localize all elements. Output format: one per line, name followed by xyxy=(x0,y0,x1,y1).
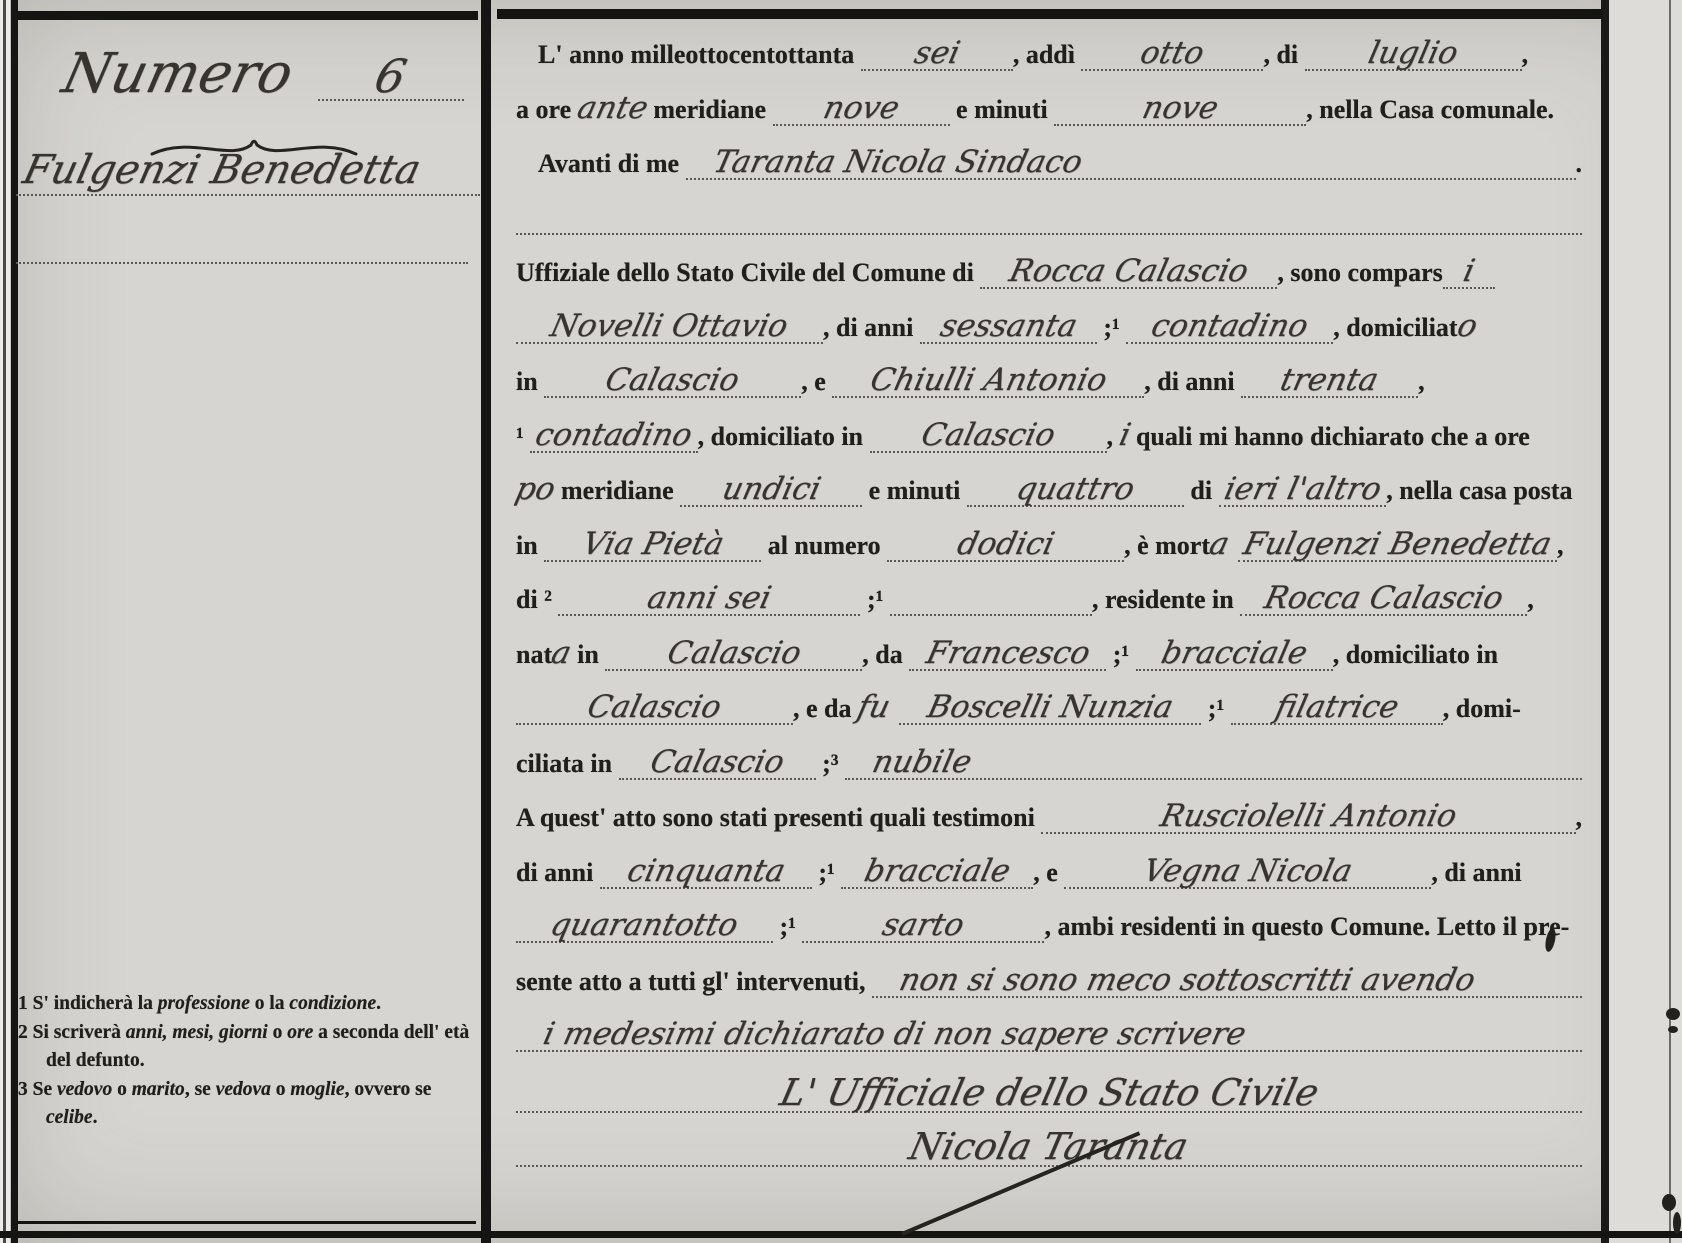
printed-text: , di anni xyxy=(1431,858,1521,888)
handwritten-fill: nove xyxy=(1054,93,1306,126)
printed-text: , addì xyxy=(1013,40,1082,70)
handwritten-fill: Calascio xyxy=(619,747,816,780)
printed-text: , di anni xyxy=(1144,367,1241,397)
handwritten-text: bracciale xyxy=(861,856,1013,887)
printed-text: ;¹ xyxy=(773,912,802,942)
handwritten-text: ante xyxy=(574,93,650,124)
handwritten-text: i xyxy=(1460,256,1477,287)
printed-text: ;¹ xyxy=(1201,694,1230,724)
handwritten-text: Francesco xyxy=(923,638,1093,669)
handwritten-fill: Boscelli Nunzia xyxy=(899,692,1201,725)
handwritten-fill xyxy=(516,202,1582,235)
printed-text: , e da xyxy=(793,694,858,724)
record-line: Novelli Ottavio, di anni sessanta ;¹ con… xyxy=(516,311,1582,366)
record-line: 3 Se vedovo o marito, se vedova o moglie… xyxy=(18,1076,474,1133)
printed-text: , domiciliato in xyxy=(1333,640,1498,670)
numero-value: 6 xyxy=(371,53,411,99)
printed-text: A quest' atto sono stati presenti quali … xyxy=(516,803,1041,833)
ink-mark xyxy=(1662,1194,1676,1211)
printed-text: , se xyxy=(185,1079,216,1100)
handwritten-fill: bracciale xyxy=(1136,638,1333,671)
footnotes: 1 S' indicherà la professione o la condi… xyxy=(18,990,474,1133)
printed-text: , xyxy=(1522,40,1529,70)
handwritten-text: luglio xyxy=(1365,38,1460,69)
handwritten-fill: trenta xyxy=(1241,365,1418,398)
handwritten-text xyxy=(1040,202,1057,233)
handwritten-text: Via Pietà xyxy=(579,529,726,560)
handwritten-fill: Nicola Taranta xyxy=(516,1128,1582,1167)
printed-text: , nella Casa comunale. xyxy=(1306,95,1554,125)
record-lines: L' anno milleottocentottanta sei, addì o… xyxy=(516,38,1582,1183)
right-border-rule xyxy=(1601,0,1609,1243)
printed-text: di xyxy=(1184,476,1219,506)
handwritten-fill: Rusciolelli Antonio xyxy=(1041,801,1575,834)
handwritten-fill: Rocca Calascio xyxy=(1240,583,1527,616)
handwritten-fill: otto xyxy=(1081,38,1263,71)
handwritten-fill: non si sono meco sottoscritti avendo xyxy=(872,965,1582,998)
handwritten-text: po xyxy=(512,474,558,505)
printed-text: a ore xyxy=(516,95,578,125)
handwritten-text: quarantotto xyxy=(548,910,741,941)
printed-text: e minuti xyxy=(950,95,1055,125)
handwritten-fill: cinquanta xyxy=(600,856,812,889)
printed-text: o xyxy=(268,1022,288,1043)
record-line xyxy=(516,202,1582,257)
printed-text: in xyxy=(571,640,606,670)
printed-text: 2 Si scriverà xyxy=(18,1022,126,1043)
printed-text: ¹ xyxy=(516,422,530,452)
printed-text-italic: moglie xyxy=(290,1079,344,1100)
handwritten-fill: Calascio xyxy=(516,692,793,725)
handwritten-text: nove xyxy=(1139,93,1221,124)
handwritten-fill: contadino xyxy=(530,420,697,453)
handwritten-fill: Francesco xyxy=(909,638,1106,671)
handwritten-text: bracciale xyxy=(1158,638,1310,669)
printed-text: . xyxy=(376,993,381,1014)
handwritten-text: Calascio xyxy=(918,420,1058,451)
handwritten-text: Rocca Calascio xyxy=(1007,256,1252,287)
handwritten-text: a xyxy=(1206,529,1242,560)
record-line: a ore ante meridiane nove e minuti nove,… xyxy=(516,93,1582,148)
handwritten-text: Calascio xyxy=(664,638,804,669)
handwritten-text: nove xyxy=(820,93,902,124)
printed-text-italic: marito xyxy=(132,1079,185,1100)
record-line: sente atto a tutti gl' intervenuti, non … xyxy=(516,965,1582,1020)
handwritten-fill: Taranta Nicola Sindaco xyxy=(686,147,1576,180)
handwritten-text: fu xyxy=(854,692,902,723)
printed-text: meridiane xyxy=(647,95,773,125)
handwritten-text: L' Ufficiale dello Stato Civile xyxy=(776,1074,1321,1111)
record-line: di ² anni sei ;¹ , residente in Rocca Ca… xyxy=(516,583,1582,638)
handwritten-fill: Calascio xyxy=(544,365,801,398)
handwritten-fill: quattro xyxy=(967,474,1184,507)
printed-text-italic: anni, mesi, giorni xyxy=(126,1022,268,1043)
margin-column: Numero 6 Fulgenzi Benedetta 1 S' indiche… xyxy=(16,0,472,1243)
record-line: 1 S' indicherà la professione o la condi… xyxy=(18,990,474,1019)
handwritten-text: Rusciolelli Antonio xyxy=(1157,801,1459,832)
deceased-name: Fulgenzi Benedetta xyxy=(19,150,424,190)
handwritten-fill: bracciale xyxy=(841,856,1033,889)
printed-text: ciliata in xyxy=(516,749,619,779)
handwritten-fill: Vegna Nicola xyxy=(1064,856,1431,889)
handwritten-text: i medesimi dichiarato di non sapere scri… xyxy=(540,1019,1248,1050)
printed-text: 3 Se xyxy=(18,1079,57,1100)
record-line: quarantotto ;¹ sarto, ambi residenti in … xyxy=(516,910,1582,965)
handwritten-text: Rocca Calascio xyxy=(1261,583,1506,614)
handwritten-text: sarto xyxy=(880,910,968,941)
printed-text-italic: vedovo xyxy=(57,1079,112,1100)
printed-text-italic: condizione xyxy=(289,993,376,1014)
printed-text: ;¹ xyxy=(1106,640,1135,670)
record-line: Uffiziale dello Stato Civile del Comune … xyxy=(516,256,1582,311)
left-outer-rule xyxy=(3,0,6,1243)
handwritten-text: quattro xyxy=(1013,474,1137,505)
ink-mark xyxy=(1668,1026,1678,1033)
printed-text: o xyxy=(112,1079,132,1100)
printed-text: in xyxy=(516,367,544,397)
printed-text: , xyxy=(1576,803,1583,833)
handwritten-fill: filatrice xyxy=(1231,692,1443,725)
printed-text: sente atto a tutti gl' intervenuti, xyxy=(516,967,872,997)
handwritten-fill: Novelli Ottavio xyxy=(516,311,823,344)
printed-text: , domi- xyxy=(1443,694,1521,724)
record-line: L' Ufficiale dello Stato Civile xyxy=(516,1074,1582,1129)
printed-text: 1 S' indicherà la xyxy=(18,993,158,1014)
printed-text-italic: celibe xyxy=(46,1107,93,1128)
printed-text: , residente in xyxy=(1092,585,1240,615)
handwritten-text: non si sono meco sottoscritti avendo xyxy=(896,965,1478,996)
handwritten-fill: Via Pietà xyxy=(544,529,761,562)
printed-text: o la xyxy=(250,993,290,1014)
handwritten-fill: contadino xyxy=(1126,311,1333,344)
handwritten-text: anni sei xyxy=(645,583,775,614)
printed-text: di ² xyxy=(516,585,558,615)
printed-text-italic: ore xyxy=(287,1022,313,1043)
printed-text: ;¹ xyxy=(812,858,841,888)
handwritten-text: contadino xyxy=(533,420,695,451)
printed-text-italic: vedova xyxy=(216,1079,271,1100)
printed-text: L' anno milleottocentottanta xyxy=(538,40,861,70)
handwritten-fill: Calascio xyxy=(605,638,862,671)
deceased-name-line: Fulgenzi Benedetta xyxy=(16,150,480,196)
printed-text: Avanti di me xyxy=(538,149,686,179)
handwritten-text: Vegna Nicola xyxy=(1140,856,1355,887)
handwritten-text: Calascio xyxy=(647,747,787,778)
handwritten-text: Calascio xyxy=(585,692,725,723)
record-line: di anni cinquanta ;¹ bracciale, e Vegna … xyxy=(516,856,1582,911)
top-bar-right xyxy=(497,9,1603,19)
column-divider-rule xyxy=(481,0,491,1243)
handwritten-fill: undici xyxy=(680,474,862,507)
ink-mark xyxy=(1666,1008,1680,1020)
record-line: i medesimi dichiarato di non sapere scri… xyxy=(516,1019,1582,1074)
printed-text: quali mi hanno dichiarato che a ore xyxy=(1129,422,1529,452)
numero-line: Numero 6 xyxy=(64,46,464,101)
right-outer-rule xyxy=(1669,0,1671,1243)
handwritten-text: Taranta Nicola Sindaco xyxy=(710,147,1085,178)
printed-text: , sono compars xyxy=(1277,258,1442,288)
handwritten-fill xyxy=(890,583,1092,616)
handwritten-text: contadino xyxy=(1149,311,1311,342)
printed-text: e minuti xyxy=(862,476,967,506)
handwritten-text: sessanta xyxy=(937,311,1080,342)
printed-text: in xyxy=(516,531,544,561)
handwritten-text xyxy=(982,583,999,614)
printed-text: , di xyxy=(1263,40,1304,70)
printed-text-italic: professione xyxy=(158,993,250,1014)
record-line: 2 Si scriverà anni, mesi, giorni o ore a… xyxy=(18,1019,474,1076)
ink-mark xyxy=(1673,1212,1681,1234)
handwritten-fill: nove xyxy=(773,93,950,126)
printed-text: . xyxy=(1576,149,1583,179)
printed-text: ;¹ xyxy=(1097,313,1126,343)
printed-text: , e xyxy=(801,367,832,397)
printed-text: , nella casa posta xyxy=(1386,476,1572,506)
printed-text: di anni xyxy=(516,858,600,888)
printed-text: , ovvero se xyxy=(345,1079,432,1100)
handwritten-fill: Chiulli Antonio xyxy=(832,365,1144,398)
record-line: po meridiane undici e minuti quattro di … xyxy=(516,474,1582,529)
handwritten-text: sei xyxy=(911,38,962,69)
handwritten-fill: L' Ufficiale dello Stato Civile xyxy=(516,1074,1582,1113)
printed-text: Uffiziale dello Stato Civile del Comune … xyxy=(516,258,980,288)
printed-text: , domiciliato in xyxy=(698,422,870,452)
record-line: in Calascio, e Chiulli Antonio, di anni … xyxy=(516,365,1582,420)
handwritten-text: undici xyxy=(719,474,823,505)
printed-text: nat xyxy=(516,640,552,670)
printed-text: ;³ xyxy=(816,749,845,779)
handwritten-fill: luglio xyxy=(1305,38,1522,71)
record-line: ciliata in Calascio ;³ nubile xyxy=(516,747,1582,802)
death-record-page: Numero 6 Fulgenzi Benedetta 1 S' indiche… xyxy=(0,0,1682,1243)
handwritten-text: otto xyxy=(1138,38,1207,69)
record-line: Avanti di me Taranta Nicola Sindaco. xyxy=(516,147,1582,202)
handwritten-fill: ieri l'altro xyxy=(1219,474,1387,507)
record-line: in Via Pietà al numero dodici, è morta F… xyxy=(516,529,1582,584)
numero-fill: 6 xyxy=(318,53,464,101)
printed-text: , e xyxy=(1033,858,1064,888)
handwritten-fill: quarantotto xyxy=(516,910,773,943)
right-paper-edge xyxy=(1609,0,1682,1243)
record-line: nata in Calascio, da Francesco ;¹ bracci… xyxy=(516,638,1582,693)
record-line: ¹ contadino, domiciliato in Calascio, i … xyxy=(516,420,1582,475)
handwritten-text: Boscelli Nunzia xyxy=(924,692,1176,723)
printed-text: , ambi residenti in questo Comune. Letto… xyxy=(1044,912,1569,942)
printed-text: , di anni xyxy=(823,313,920,343)
printed-text: , domiciliat xyxy=(1333,313,1457,343)
handwritten-fill: sessanta xyxy=(920,311,1097,344)
handwritten-text: cinquanta xyxy=(624,856,788,887)
printed-text: , xyxy=(1527,585,1534,615)
printed-text: o xyxy=(271,1079,291,1100)
handwritten-text: Nicola Taranta xyxy=(906,1128,1192,1165)
handwritten-fill: Fulgenzi Benedetta xyxy=(1238,529,1557,562)
handwritten-text: Novelli Ottavio xyxy=(548,311,791,342)
printed-text: , è mort xyxy=(1124,531,1210,561)
printed-text: meridiane xyxy=(555,476,681,506)
handwritten-fill: dodici xyxy=(887,529,1124,562)
printed-text: . xyxy=(93,1107,98,1128)
printed-text: , xyxy=(1418,367,1425,397)
printed-text: , da xyxy=(862,640,909,670)
handwritten-fill: i xyxy=(1443,256,1495,289)
printed-text: , xyxy=(1557,531,1564,561)
handwritten-text: Calascio xyxy=(603,365,743,396)
handwritten-fill: nubile xyxy=(845,747,1582,780)
empty-dotted-rule xyxy=(16,262,468,264)
printed-text: al numero xyxy=(761,531,887,561)
handwritten-fill: Calascio xyxy=(870,420,1107,453)
handwritten-text: nubile xyxy=(869,747,974,778)
handwritten-fill: sarto xyxy=(802,910,1044,943)
handwritten-text: Fulgenzi Benedetta xyxy=(1241,529,1555,560)
handwritten-fill: Rocca Calascio xyxy=(980,256,1277,289)
record-line: A quest' atto sono stati presenti quali … xyxy=(516,801,1582,856)
numero-label: Numero xyxy=(58,46,298,101)
handwritten-text: dodici xyxy=(954,529,1057,560)
handwritten-text: trenta xyxy=(1278,365,1382,396)
printed-text: ;¹ xyxy=(860,585,889,615)
record-line: L' anno milleottocentottanta sei, addì o… xyxy=(516,38,1582,93)
record-line: Nicola Taranta xyxy=(516,1128,1582,1183)
handwritten-text: ieri l'altro xyxy=(1221,474,1384,505)
handwritten-fill: anni sei xyxy=(558,583,860,616)
handwritten-text: filatrice xyxy=(1272,692,1401,723)
record-line: Calascio, e da fu Boscelli Nunzia ;¹ fil… xyxy=(516,692,1582,747)
handwritten-text: Chiulli Antonio xyxy=(867,365,1109,396)
handwritten-fill: i medesimi dichiarato di non sapere scri… xyxy=(516,1019,1582,1052)
handwritten-fill: sei xyxy=(861,38,1013,71)
